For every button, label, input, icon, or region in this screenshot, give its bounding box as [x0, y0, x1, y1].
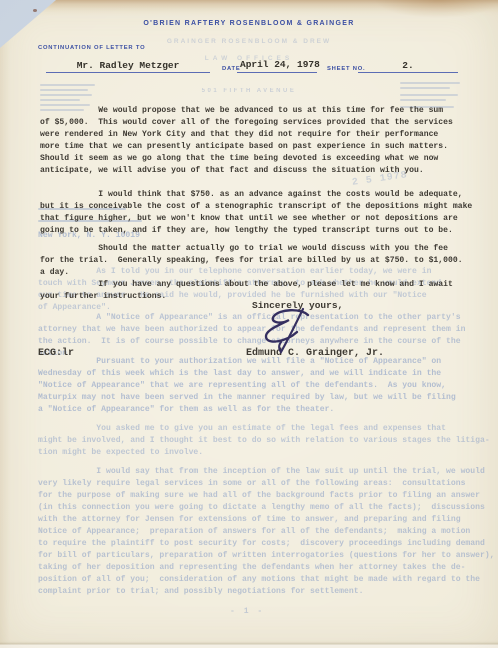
- body-paragraph-2: I would think that $750. as an advance a…: [40, 189, 472, 237]
- continuation-label: CONTINUATION OF LETTER TO: [38, 45, 145, 51]
- firm-name: O'BRIEN RAFTERY ROSENBLOOM & GRAINGER: [0, 20, 498, 27]
- scanned-letter-page: { "letterhead": { "firm_name": "O'BRIEN …: [0, 0, 498, 648]
- dust-speck: [33, 9, 37, 12]
- ghost-paragraph-3: Pursuant to your authorization we will f…: [38, 356, 456, 416]
- ghost-paragraph-4: You asked me to give you an estimate of …: [38, 423, 490, 459]
- body-paragraph-3: Should the matter actually go to trial w…: [40, 243, 463, 279]
- signature-initials-icon: [250, 306, 322, 356]
- body-paragraph-4: If you have any questions about the abov…: [40, 279, 453, 303]
- reference-initials: ECG:lr: [38, 348, 74, 360]
- body-paragraph-1: We would propose that we be advanced to …: [40, 105, 453, 177]
- addressee-name: Mr. Radley Metzger: [46, 60, 210, 71]
- ghost-paragraph-5: I would say that from the inception of t…: [38, 466, 495, 598]
- date-value: April 24, 1978: [240, 59, 320, 70]
- ghost-page-number: - 1 -: [230, 606, 264, 618]
- ghost-letterhead-firm: GRAINGER ROSENBLOOM & DREW: [0, 38, 498, 45]
- sheet-number-value: 2.: [358, 60, 458, 71]
